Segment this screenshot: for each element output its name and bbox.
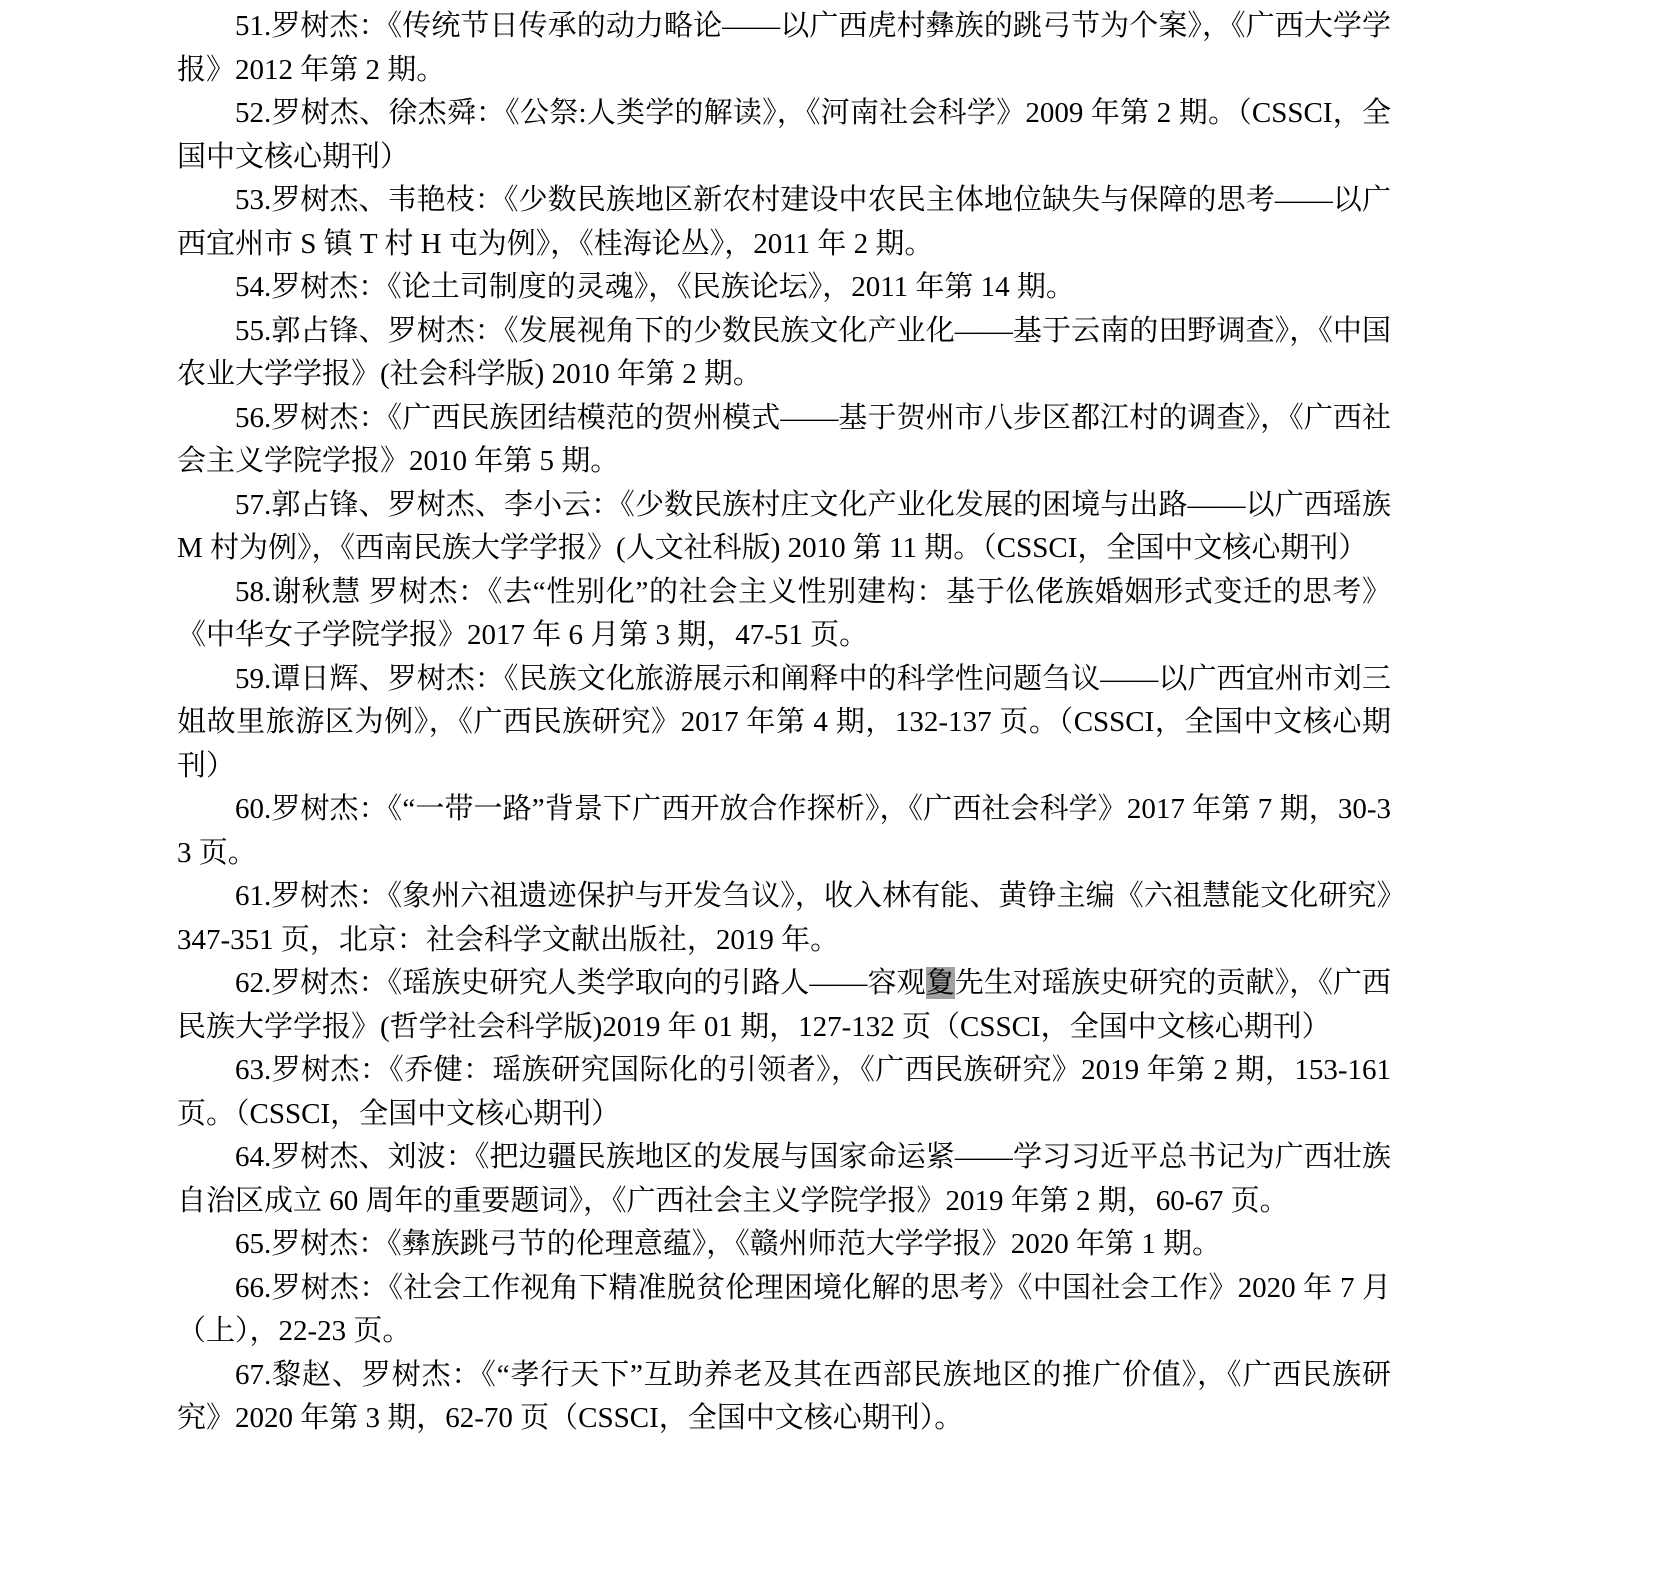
publication-entry-64: 64.罗树杰、刘波：《把边疆民族地区的发展与国家命运紧——学习习近平总书记为广西… (177, 1136, 1391, 1223)
publication-entry-58: 58.谢秋慧 罗树杰：《去“性别化”的社会主义性别建构：基于仫佬族婚姻形式变迁的… (177, 571, 1391, 658)
publication-entry-60: 60.罗树杰：《“一带一路”背景下广西开放合作探析》，《广西社会科学》2017 … (177, 788, 1391, 875)
publication-entry-63: 63.罗树杰：《乔健：瑶族研究国际化的引领者》，《广西民族研究》2019 年第 … (177, 1049, 1391, 1136)
publication-entry-53: 53.罗树杰、韦艳枝：《少数民族地区新农村建设中农民主体地位缺失与保障的思考——… (177, 179, 1391, 266)
publication-entry-55: 55.郭占锋、罗树杰：《发展视角下的少数民族文化产业化——基于云南的田野调查》，… (177, 310, 1391, 397)
publication-entry-51: 51.罗树杰：《传统节日传承的动力略论——以广西虎村彝族的跳弓节为个案》，《广西… (177, 5, 1391, 92)
publication-entry-66: 66.罗树杰：《社会工作视角下精准脱贫伦理困境化解的思考》《中国社会工作》202… (177, 1267, 1391, 1354)
document-page: 51.罗树杰：《传统节日传承的动力略论——以广西虎村彝族的跳弓节为个案》，《广西… (0, 0, 1654, 1588)
publication-entry-57: 57.郭占锋、罗树杰、李小云：《少数民族村庄文化产业化发展的困境与出路——以广西… (177, 484, 1391, 571)
publication-entry-61: 61.罗树杰：《象州六祖遗迹保护与开发刍议》，收入林有能、黄铮主编《六祖慧能文化… (177, 875, 1391, 962)
publication-entry-67: 67.黎赵、罗树杰：《“孝行天下”互助养老及其在西部民族地区的推广价值》，《广西… (177, 1354, 1391, 1441)
publication-entry-54: 54.罗树杰：《论土司制度的灵魂》，《民族论坛》，2011 年第 14 期。 (177, 266, 1391, 310)
publication-entry-56: 56.罗树杰：《广西民族团结模范的贺州模式——基于贺州市八步区都江村的调查》，《… (177, 397, 1391, 484)
publication-entry-62: 62.罗树杰：《瑶族史研究人类学取向的引路人——容观夐先生对瑶族史研究的贡献》，… (177, 962, 1391, 1049)
entry-62-highlighted-char: 夐 (926, 967, 955, 999)
publication-entry-65: 65.罗树杰：《彝族跳弓节的伦理意蕴》，《赣州师范大学学报》2020 年第 1 … (177, 1223, 1391, 1267)
publication-entry-52: 52.罗树杰、徐杰舜：《公祭:人类学的解读》，《河南社会科学》2009 年第 2… (177, 92, 1391, 179)
publication-entry-59: 59.谭日辉、罗树杰：《民族文化旅游展示和阐释中的科学性问题刍议——以广西宜州市… (177, 658, 1391, 789)
entry-62-text-before: 62.罗树杰：《瑶族史研究人类学取向的引路人——容观 (235, 967, 926, 999)
